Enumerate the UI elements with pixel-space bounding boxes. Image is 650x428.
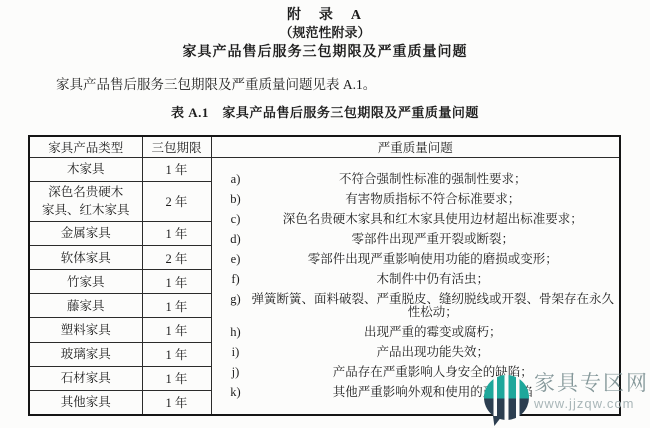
product-type-cell: 深色名贵硬木 家具、红木家具 (29, 181, 142, 221)
issue-letter: i) (221, 346, 251, 359)
product-type-cell: 石材家具 (29, 366, 142, 390)
document-page: 附 录 A （规范性附录） 家具产品售后服务三包期限及严重质量问题 家具产品售后… (0, 0, 650, 428)
warranty-period-cell: 1 年 (142, 318, 211, 342)
warranty-period-cell: 1 年 (142, 157, 211, 181)
issue-letter: g) (221, 293, 251, 319)
issue-text: 有害物质指标不符合标准要求； (251, 193, 616, 206)
globe-sphere-icon (484, 375, 529, 420)
issue-text: 产品出现功能失效； (251, 346, 616, 359)
body-paragraph: 家具产品售后服务三包期限及严重质量问题见表 A.1。 (56, 73, 376, 93)
issue-text: 不符合强制性标准的强制性要求； (251, 173, 616, 186)
issue-item: b)有害物质指标不符合标准要求； (221, 193, 616, 206)
issue-letter: b) (221, 193, 251, 206)
issue-text: 零部件出现严重影响使用功能的磨损或变形； (251, 253, 616, 266)
issue-text: 出现严重的霉变或腐朽； (251, 326, 616, 339)
product-type-cell: 藤家具 (29, 294, 142, 318)
col-header-product-type: 家具产品类型 (29, 136, 142, 157)
issue-letter: f) (221, 273, 251, 286)
issue-letter: c) (221, 213, 251, 226)
warranty-period-cell: 1 年 (142, 366, 211, 390)
product-type-cell: 软体家具 (29, 246, 142, 270)
watermark-text: 家具专区网 www.jjzqw.com (534, 372, 649, 412)
issue-letter: k) (221, 386, 251, 399)
issue-item: h)出现严重的霉变或腐朽； (221, 326, 616, 339)
issue-item: a)不符合强制性标准的强制性要求； (221, 173, 616, 186)
issue-item: g)弹簧断簧、面料破裂、严重脱皮、缝纫脱线或开裂、骨架存在永久性松动； (221, 293, 616, 319)
issue-item: c)深色名贵硬木家具和红木家具使用边材超出标准要求； (221, 213, 616, 226)
issue-letter: h) (221, 326, 251, 339)
warranty-period-cell: 2 年 (142, 246, 211, 270)
issue-letter: a) (221, 173, 251, 186)
site-url: www.jjzqw.com (534, 396, 649, 412)
issue-text: 木制件中仍有活虫； (251, 273, 616, 286)
issue-text: 零部件出现严重开裂或断裂； (251, 233, 616, 246)
appendix-subtitle: （规范性附录） (0, 22, 650, 41)
watermark: 家具专区网 www.jjzqw.com (484, 372, 649, 427)
issue-item: d)零部件出现严重开裂或断裂； (221, 233, 616, 246)
warranty-period-cell: 1 年 (142, 270, 211, 294)
appendix-title: 附 录 A (0, 4, 650, 24)
table-row: 木家具1 年a)不符合强制性标准的强制性要求；b)有害物质指标不符合标准要求；c… (29, 157, 620, 181)
col-header-quality-issues: 严重质量问题 (211, 136, 620, 157)
issue-item: f)木制件中仍有活虫； (221, 273, 616, 286)
product-type-cell: 木家具 (29, 157, 142, 181)
site-logo-icon (484, 375, 530, 427)
issue-letter: d) (221, 233, 251, 246)
product-type-cell: 玻璃家具 (29, 342, 142, 366)
issue-letter: e) (221, 253, 251, 266)
issue-text: 深色名贵硬木家具和红木家具使用边材超出标准要求； (251, 213, 616, 226)
table-header-row: 家具产品类型 三包期限 严重质量问题 (29, 136, 620, 157)
table-caption: 表 A.1 家具产品售后服务三包期限及严重质量问题 (0, 102, 650, 121)
issue-item: i)产品出现功能失效； (221, 346, 616, 359)
product-type-cell: 金属家具 (29, 221, 142, 245)
appendix-heading: 家具产品售后服务三包期限及严重质量问题 (0, 41, 650, 61)
product-type-cell: 其他家具 (29, 390, 142, 414)
issue-text: 弹簧断簧、面料破裂、严重脱皮、缝纫脱线或开裂、骨架存在永久性松动； (251, 293, 616, 319)
warranty-period-cell: 1 年 (142, 342, 211, 366)
site-name: 家具专区网 (534, 372, 649, 396)
warranty-period-cell: 2 年 (142, 181, 211, 221)
warranty-period-cell: 1 年 (142, 390, 211, 414)
issue-letter: j) (221, 366, 251, 379)
warranty-period-cell: 1 年 (142, 294, 211, 318)
warranty-period-cell: 1 年 (142, 221, 211, 245)
col-header-warranty-period: 三包期限 (142, 136, 211, 157)
issue-item: e)零部件出现严重影响使用功能的磨损或变形； (221, 253, 616, 266)
product-type-cell: 塑料家具 (29, 318, 142, 342)
product-type-cell: 竹家具 (29, 270, 142, 294)
